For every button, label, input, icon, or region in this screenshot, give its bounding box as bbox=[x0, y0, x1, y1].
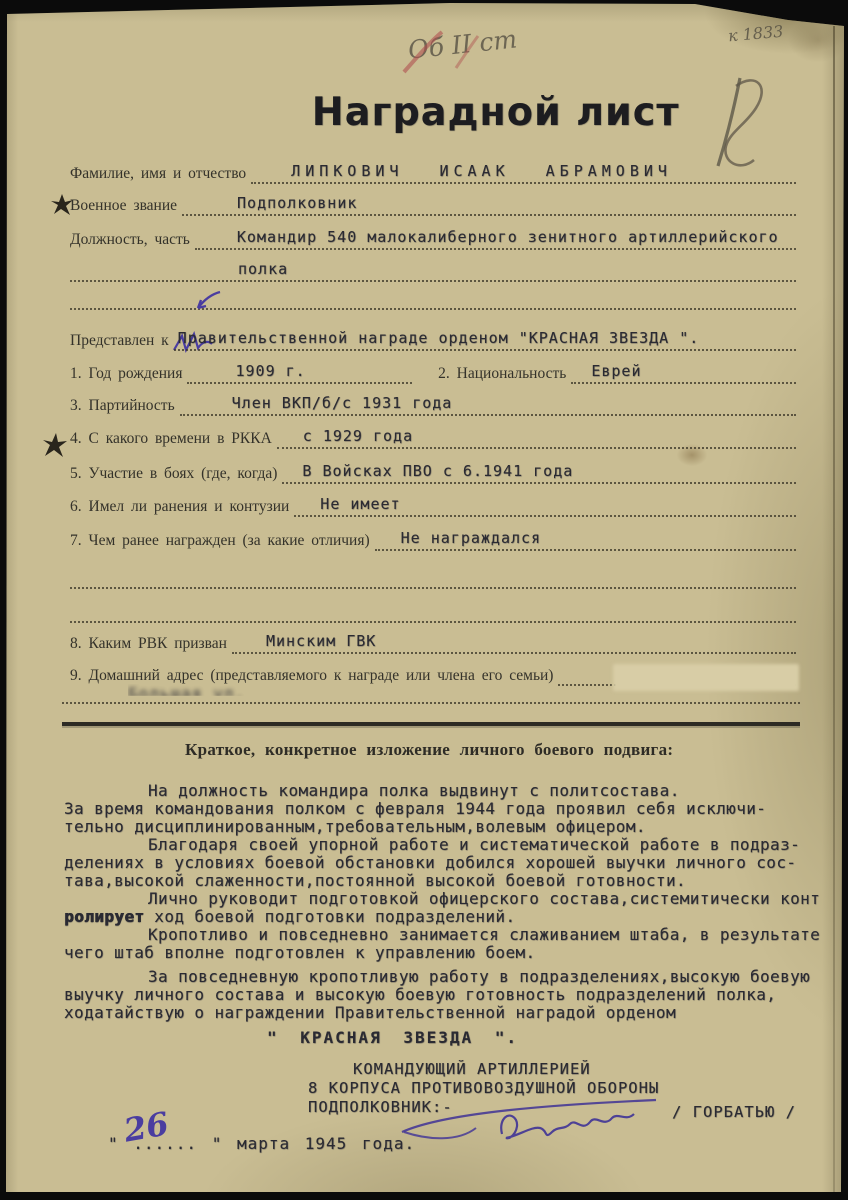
pencil-note-top-right: к 1833 bbox=[727, 22, 784, 46]
field-row-position-line2: полка bbox=[70, 258, 796, 282]
dotted-line: В Войсках ПВО с 6.1941 года bbox=[282, 458, 796, 484]
field-value: Подполковник bbox=[237, 194, 357, 212]
empty-dotted-row bbox=[70, 599, 796, 623]
field-value: Еврей bbox=[591, 362, 641, 380]
dotted-line: Правительственной награде орденом "КРАСН… bbox=[174, 325, 796, 351]
field-value: ЛИПКОВИЧ ИСААК АБРАМОВИЧ bbox=[291, 162, 672, 180]
scan-edge-bar bbox=[0, 1192, 848, 1200]
red-pencil-stroke bbox=[398, 28, 528, 78]
empty-dotted-row bbox=[70, 565, 796, 589]
dotted-line: Командир 540 малокалиберного зенитного а… bbox=[195, 224, 796, 250]
field-value: В Войсках ПВО с 6.1941 года bbox=[302, 462, 573, 480]
feat-line: Лично руководит подготовкой офицерского … bbox=[148, 889, 820, 908]
field-row-party: 3. Партийность Член ВКП/б/с 1931 года bbox=[70, 392, 796, 416]
field-value: Минским ГВК bbox=[266, 632, 376, 650]
overstruck-word: ролирует bbox=[64, 907, 144, 926]
field-label: 3. Партийность bbox=[70, 396, 180, 416]
field-label: 7. Чем ранее награжден (за какие отличия… bbox=[70, 531, 375, 551]
feat-line: Кропотливо и повседневно занимается слаж… bbox=[148, 925, 820, 944]
date-line: " ...... " марта 1945 года. bbox=[108, 1134, 415, 1153]
feat-line: За время командования полком с февраля 1… bbox=[64, 799, 766, 818]
feat-line-rest: ход боевой подготовки подразделений. bbox=[144, 907, 515, 926]
blue-ink-arrow bbox=[188, 288, 228, 318]
field-row-combat: 5. Участие в боях (где, когда) В Войсках… bbox=[70, 460, 796, 484]
dotted-line: 1909 г. bbox=[187, 358, 412, 384]
punch-mark bbox=[42, 430, 68, 460]
field-label: 4. С какого времени в РККА bbox=[70, 429, 277, 449]
feat-line: Благодаря своей упорной работе и система… bbox=[148, 835, 800, 854]
field-row-position: Должность, часть Командир 540 малокалибе… bbox=[70, 226, 796, 250]
field-value: Не награждался bbox=[401, 529, 541, 547]
field-row-nominated: Представлен к Правительственной награде … bbox=[70, 327, 796, 351]
dotted-line: Не награждался bbox=[375, 525, 796, 551]
dotted-line: Член ВКП/б/с 1931 года bbox=[180, 390, 796, 416]
field-row-name: Фамилие, имя и отчество ЛИПКОВИЧ ИСААК А… bbox=[70, 160, 796, 184]
dotted-line bbox=[70, 563, 796, 589]
feat-line: ходатайствую о награждении Правительстве… bbox=[64, 1003, 676, 1022]
field-row-prior-awards: 7. Чем ранее награжден (за какие отличия… bbox=[70, 527, 796, 551]
scanned-award-document: Об II ст к 1833 Наградной лист Фамилие, … bbox=[0, 0, 848, 1200]
feat-line: На должность командира полка выдвинут с … bbox=[148, 781, 680, 800]
dotted-line bbox=[70, 284, 796, 310]
field-row-rkka-since: 4. С какого времени в РККА с 1929 года bbox=[70, 425, 796, 449]
feat-line: ролирует ход боевой подготовки подраздел… bbox=[64, 907, 515, 926]
field-label: 6. Имел ли ранения и контузии bbox=[70, 497, 294, 517]
empty-dotted-row bbox=[62, 680, 800, 704]
field-value: полка bbox=[238, 260, 288, 278]
section-divider bbox=[62, 722, 800, 726]
field-value: Правительственной награде орденом "КРАСН… bbox=[178, 329, 700, 347]
dotted-line: с 1929 года bbox=[277, 423, 796, 449]
field-label: Должность, часть bbox=[70, 230, 195, 250]
field-value: 1909 г. bbox=[235, 362, 305, 380]
dotted-line: Не имеет bbox=[294, 491, 796, 517]
dotted-line: Подполковник bbox=[182, 190, 796, 216]
field-row-rank: Военное звание Подполковник bbox=[70, 192, 796, 216]
field-label: 1. Год рождения bbox=[70, 364, 187, 384]
feat-line: За повседневную кропотливую работу в под… bbox=[148, 967, 810, 986]
feat-line: тава,высокой слаженности,постоянной высо… bbox=[64, 871, 686, 890]
field-value: Командир 540 малокалиберного зенитного а… bbox=[237, 228, 779, 246]
dotted-line: ЛИПКОВИЧ ИСААК АБРАМОВИЧ bbox=[251, 158, 796, 184]
field-value: с 1929 года bbox=[303, 427, 413, 445]
feat-line: тельно дисциплинированным,требовательным… bbox=[64, 817, 646, 836]
paper-fold-line bbox=[833, 26, 835, 1192]
dotted-line bbox=[62, 678, 800, 704]
empty-dotted-row bbox=[70, 286, 796, 310]
field-label: 5. Участие в боях (где, когда) bbox=[70, 464, 282, 484]
field-label: Представлен к bbox=[70, 331, 174, 351]
field-label: Фамилие, имя и отчество bbox=[70, 164, 251, 184]
field-label: 2. Национальность bbox=[412, 364, 571, 384]
field-value: Член ВКП/б/с 1931 года bbox=[232, 394, 453, 412]
feat-line: делениях в условиях боевой обстановки до… bbox=[64, 853, 796, 872]
field-label: 8. Каким РВК призван bbox=[70, 634, 232, 654]
paper-sheet: Об II ст к 1833 Наградной лист Фамилие, … bbox=[0, 0, 848, 1200]
dotted-line: Еврей bbox=[571, 358, 796, 384]
dotted-line bbox=[70, 597, 796, 623]
feat-section-heading: Краткое, конкретное изложение личного бо… bbox=[185, 740, 673, 760]
signature-ink bbox=[398, 1088, 668, 1148]
field-row-wounds: 6. Имел ли ранения и контузии Не имеет bbox=[70, 493, 796, 517]
document-title: Наградной лист bbox=[312, 90, 680, 135]
field-row-birthyear-nationality: 1. Год рождения 1909 г. 2. Национальност… bbox=[70, 360, 796, 384]
field-label: Военное звание bbox=[70, 196, 182, 216]
feat-line: чего штаб вполне подготовлен к управлени… bbox=[64, 943, 536, 962]
feat-line: выучку личного состава и высокую боевую … bbox=[64, 985, 776, 1004]
dotted-line: полка bbox=[70, 256, 796, 282]
dotted-line: Минским ГВК bbox=[232, 628, 796, 654]
field-value: Не имеет bbox=[320, 495, 400, 513]
signer-name-typed: / ГОРБАТЬЮ / bbox=[672, 1103, 796, 1121]
signer-position-line1: КОМАНДУЮЩИЙ АРТИЛЛЕРИЕЙ bbox=[353, 1060, 591, 1078]
award-name-line: " КРАСНАЯ ЗВЕЗДА ". bbox=[267, 1028, 518, 1047]
field-row-rvk: 8. Каким РВК призван Минским ГВК bbox=[70, 630, 796, 654]
